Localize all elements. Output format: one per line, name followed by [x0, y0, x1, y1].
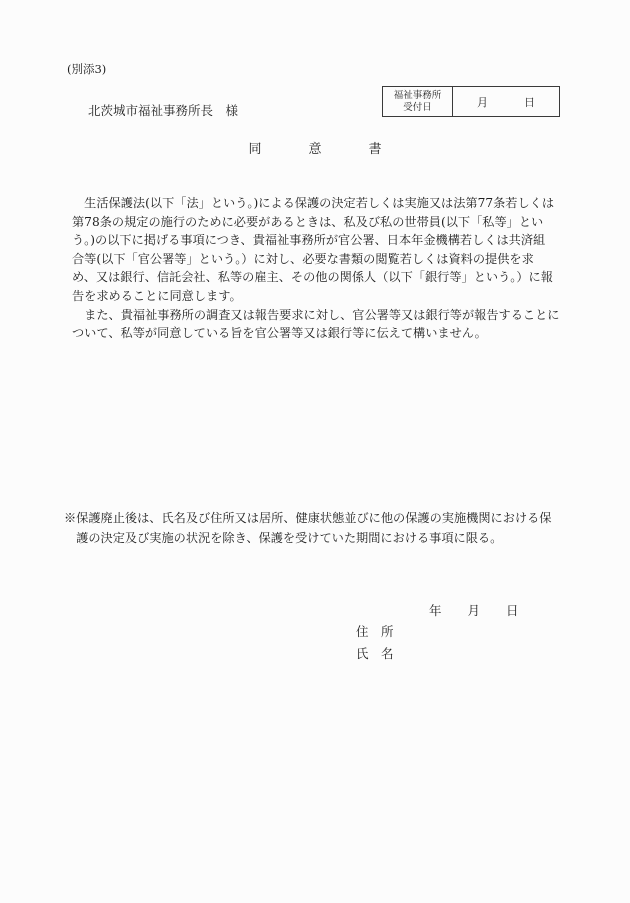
- title-char-1: 同: [248, 138, 261, 157]
- title-char-2: 意: [308, 138, 321, 157]
- body-line: め、又は銀行、信託会社、私等の雇主、その他の関係人（以下「銀行等」という。）に報: [72, 268, 560, 287]
- receipt-month-label: 月: [477, 94, 488, 110]
- receipt-box-label-line2: 受付日: [403, 102, 432, 114]
- body-line: う。)の以下に掲げる事項につき、貴福祉事務所が官公署、日本年金機構若しくは共済組: [72, 231, 560, 250]
- receipt-date-value: 月 日: [453, 87, 559, 116]
- note-paragraph: ※保護廃止後は、氏名及び住所又は居所、健康状態並びに他の保護の実施機関における保…: [64, 509, 552, 548]
- receipt-day-label: 日: [524, 94, 535, 110]
- month-label: 月: [468, 601, 481, 619]
- year-label: 年: [429, 601, 442, 619]
- document-title: 同 意 書: [0, 138, 630, 157]
- receipt-box-label-line1: 福祉事務所: [394, 90, 442, 102]
- receipt-box-label: 福祉事務所 受付日: [383, 87, 453, 116]
- title-char-3: 書: [369, 138, 382, 157]
- body-line: 生活保護法(以下「法」という。)による保護の決定若しくは実施又は法第77条若しく…: [72, 194, 560, 213]
- body-line: 第78条の規定の施行のために必要があるときは、私及び私の世帯員(以下「私等」とい: [72, 213, 560, 232]
- note-line: ※保護廃止後は、氏名及び住所又は居所、健康状態並びに他の保護の実施機関における保: [64, 509, 552, 529]
- name-label: 氏 名: [356, 644, 394, 662]
- body-line: また、貴福祉事務所の調査又は報告要求に対し、官公署等又は銀行等が報告することに: [72, 306, 560, 325]
- body-line: 合等(以下「官公署等」という。）に対し、必要な書類の閲覧若しくは資料の提供を求: [72, 250, 560, 269]
- consent-form-page: (別添3) 北茨城市福祉事務所長 様 福祉事務所 受付日 月 日 同 意 書 生…: [0, 0, 630, 903]
- body-line: ついて、私等が同意している旨を官公署等又は銀行等に伝えて構いません。: [72, 324, 560, 343]
- note-line: 護の決定及び実施の状況を除き、保護を受けていた期間における事項に限る。: [64, 529, 552, 549]
- receipt-date-box: 福祉事務所 受付日 月 日: [382, 86, 560, 117]
- day-label: 日: [506, 601, 519, 619]
- body-paragraphs: 生活保護法(以下「法」という。)による保護の決定若しくは実施又は法第77条若しく…: [72, 194, 560, 343]
- signature-date-line: 年 月 日: [429, 601, 519, 619]
- body-line: 告を求めることに同意します。: [72, 287, 560, 306]
- address-label: 住 所: [356, 622, 394, 640]
- attachment-number-label: (別添3): [67, 61, 106, 77]
- addressee-line: 北茨城市福祉事務所長 様: [88, 101, 238, 119]
